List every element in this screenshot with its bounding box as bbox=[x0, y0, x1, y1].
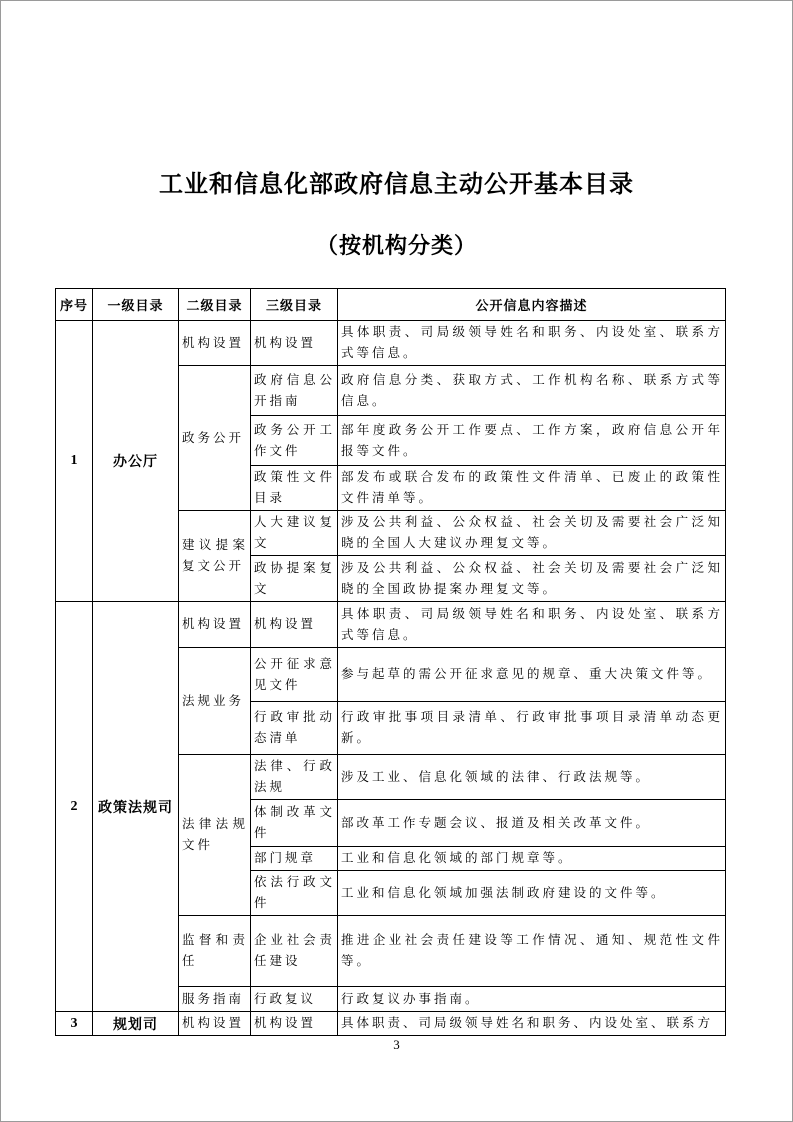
level3-cell: 企业社会责任建设 bbox=[251, 916, 338, 987]
level1-cell: 政策法规司 bbox=[93, 602, 179, 1012]
desc-cell: 工业和信息化领域的部门规章等。 bbox=[338, 847, 726, 871]
level2-cell: 服务指南 bbox=[179, 987, 251, 1012]
level2-cell: 法律法规文件 bbox=[179, 755, 251, 916]
level3-cell: 政府信息公开指南 bbox=[251, 366, 338, 416]
seq-cell: 1 bbox=[56, 321, 93, 602]
level3-cell: 机构设置 bbox=[251, 602, 338, 648]
table-header-row: 序号 一级目录 二级目录 三级目录 公开信息内容描述 bbox=[56, 289, 726, 321]
catalog-table: 序号 一级目录 二级目录 三级目录 公开信息内容描述 1 办公厅 机构设置 机构… bbox=[55, 288, 726, 1036]
desc-cell: 涉及公共利益、公众权益、社会关切及需要社会广泛知晓的全国政协提案办理复文等。 bbox=[338, 556, 726, 602]
desc-cell: 政府信息分类、获取方式、工作机构名称、联系方式等信息。 bbox=[338, 366, 726, 416]
level2-cell: 机构设置 bbox=[179, 602, 251, 648]
level3-cell: 部门规章 bbox=[251, 847, 338, 871]
desc-cell: 行政复议办事指南。 bbox=[338, 987, 726, 1012]
level3-cell: 政协提案复文 bbox=[251, 556, 338, 602]
level3-cell: 行政复议 bbox=[251, 987, 338, 1012]
col-header-level2: 二级目录 bbox=[179, 289, 251, 321]
desc-cell: 具体职责、司局级领导姓名和职务、内设处室、联系方式等信息。 bbox=[338, 602, 726, 648]
level3-cell: 行政审批动态清单 bbox=[251, 702, 338, 755]
table-row: 2 政策法规司 机构设置 机构设置 具体职责、司局级领导姓名和职务、内设处室、联… bbox=[56, 602, 726, 648]
level2-cell: 法规业务 bbox=[179, 648, 251, 755]
level2-cell: 机构设置 bbox=[179, 321, 251, 366]
col-header-level1: 一级目录 bbox=[93, 289, 179, 321]
level3-cell: 机构设置 bbox=[251, 321, 338, 366]
desc-cell: 行政审批事项目录清单、行政审批事项目录清单动态更新。 bbox=[338, 702, 726, 755]
level2-cell: 政务公开 bbox=[179, 366, 251, 511]
document-page: 工业和信息化部政府信息主动公开基本目录 （按机构分类） 序号 一级目录 二级目录… bbox=[0, 0, 793, 1122]
desc-cell: 部年度政务公开工作要点、工作方案，政府信息公开年报等文件。 bbox=[338, 416, 726, 466]
seq-cell: 3 bbox=[56, 1012, 93, 1036]
level3-cell: 人大建议复文 bbox=[251, 511, 338, 556]
level2-cell: 机构设置 bbox=[179, 1012, 251, 1036]
level3-cell: 公开征求意见文件 bbox=[251, 648, 338, 702]
desc-cell: 涉及工业、信息化领域的法律、行政法规等。 bbox=[338, 755, 726, 800]
desc-cell: 部改革工作专题会议、报道及相关改革文件。 bbox=[338, 800, 726, 847]
level1-cell: 规划司 bbox=[93, 1012, 179, 1036]
level1-cell: 办公厅 bbox=[93, 321, 179, 602]
table-row: 3 规划司 机构设置 机构设置 具体职责、司局级领导姓名和职务、内设处室、联系方 bbox=[56, 1012, 726, 1036]
table-row: 1 办公厅 机构设置 机构设置 具体职责、司局级领导姓名和职务、内设处室、联系方… bbox=[56, 321, 726, 366]
seq-cell: 2 bbox=[56, 602, 93, 1012]
desc-cell: 具体职责、司局级领导姓名和职务、内设处室、联系方 bbox=[338, 1012, 726, 1036]
level3-cell: 政务公开工作文件 bbox=[251, 416, 338, 466]
col-header-seq: 序号 bbox=[56, 289, 93, 321]
col-header-level3: 三级目录 bbox=[251, 289, 338, 321]
desc-cell: 涉及公共利益、公众权益、社会关切及需要社会广泛知晓的全国人大建议办理复文等。 bbox=[338, 511, 726, 556]
desc-cell: 参与起草的需公开征求意见的规章、重大决策文件等。 bbox=[338, 648, 726, 702]
col-header-desc: 公开信息内容描述 bbox=[338, 289, 726, 321]
page-number: 3 bbox=[1, 1037, 792, 1053]
level3-cell: 体制改革文件 bbox=[251, 800, 338, 847]
desc-cell: 部发布或联合发布的政策性文件清单、已废止的政策性文件清单等。 bbox=[338, 466, 726, 511]
desc-cell: 具体职责、司局级领导姓名和职务、内设处室、联系方式等信息。 bbox=[338, 321, 726, 366]
level2-cell: 建议提案复文公开 bbox=[179, 511, 251, 602]
document-subtitle: （按机构分类） bbox=[1, 229, 792, 260]
desc-cell: 推进企业社会责任建设等工作情况、通知、规范性文件等。 bbox=[338, 916, 726, 987]
level3-cell: 机构设置 bbox=[251, 1012, 338, 1036]
level2-cell: 监督和责任 bbox=[179, 916, 251, 987]
level3-cell: 政策性文件目录 bbox=[251, 466, 338, 511]
level3-cell: 法律、行政法规 bbox=[251, 755, 338, 800]
level3-cell: 依法行政文件 bbox=[251, 871, 338, 916]
document-title: 工业和信息化部政府信息主动公开基本目录 bbox=[1, 164, 792, 199]
desc-cell: 工业和信息化领域加强法制政府建设的文件等。 bbox=[338, 871, 726, 916]
